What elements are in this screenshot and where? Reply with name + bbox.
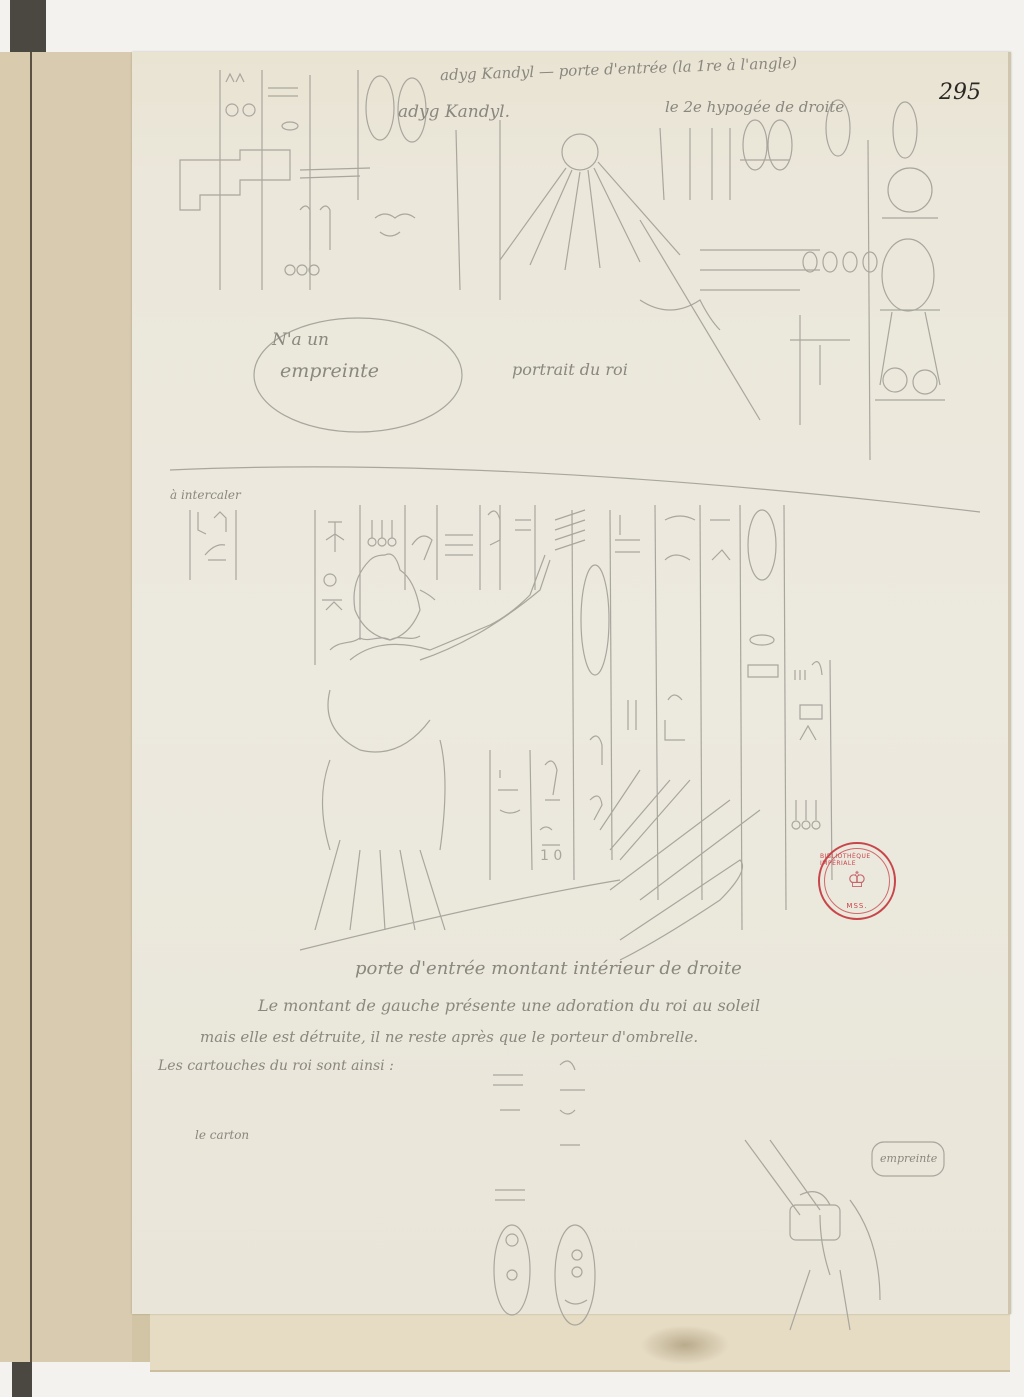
carton-note: le carton bbox=[195, 1128, 249, 1142]
oval-note-line2: empreinte bbox=[280, 360, 379, 382]
paragraph-line-1: Le montant de gauche présente une adorat… bbox=[258, 996, 760, 1015]
main-hieroglyph-columns: 1 0 bbox=[315, 505, 832, 960]
pencil-sketches: 1 0 bbox=[0, 0, 1024, 1397]
folio-number: 295 bbox=[939, 80, 981, 105]
main-caption: porte d'entrée montant intérieur de droi… bbox=[355, 958, 742, 979]
stamp-text: BIBLIOTHÈQUE IMPÉRIALE bbox=[820, 853, 894, 867]
stamp-subtext: MSS. bbox=[846, 902, 867, 910]
register-line bbox=[170, 467, 980, 512]
svg-text:1 0: 1 0 bbox=[540, 848, 562, 864]
empreinte-box-label: empreinte bbox=[880, 1152, 937, 1165]
portrait-label: portrait du roi bbox=[512, 360, 628, 379]
umbrella-bearer-figure bbox=[745, 1140, 944, 1330]
top-right-hieroglyph-panel bbox=[640, 100, 945, 460]
oval-note-line1: N'a un bbox=[272, 330, 329, 350]
top-right-label: le 2e hypogée de droite bbox=[665, 98, 844, 116]
top-left-label: adyg Kandyl. bbox=[398, 102, 510, 122]
intercaler-box bbox=[190, 510, 236, 580]
library-stamp: BIBLIOTHÈQUE IMPÉRIALE ♔ MSS. bbox=[818, 842, 896, 920]
royal-cartouches bbox=[493, 1061, 595, 1325]
intercaler-note: à intercaler bbox=[170, 488, 241, 502]
paragraph-line-3: Les cartouches du roi sont ainsi : bbox=[158, 1058, 394, 1074]
paragraph-line-2: mais elle est détruite, il ne reste aprè… bbox=[200, 1028, 698, 1046]
